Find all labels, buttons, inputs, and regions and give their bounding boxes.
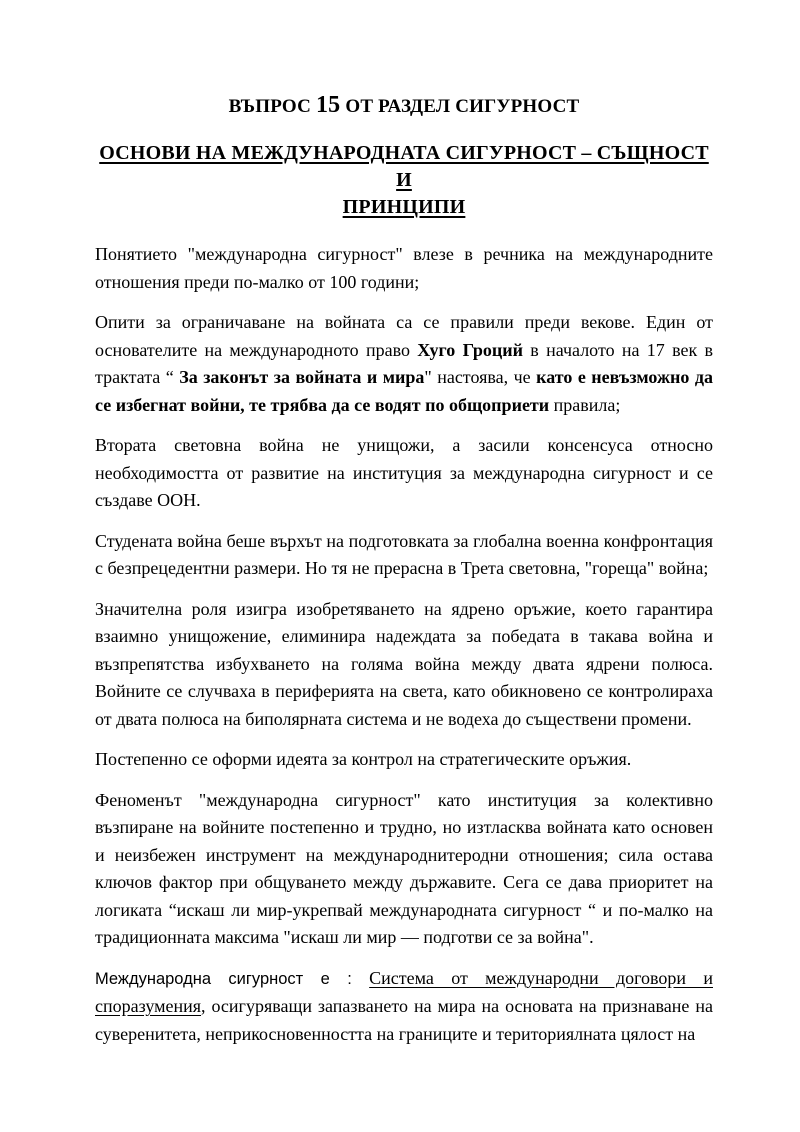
text-run: Втората световна война не унищожи, а зас… — [95, 435, 713, 510]
text-run: За законът за войната и мира — [179, 367, 424, 387]
document-subtitle: ОСНОВИ НА МЕЖДУНАРОДНАТА СИГУРНОСТ – СЪЩ… — [95, 140, 713, 221]
text-run: правила; — [549, 395, 620, 415]
text-run: Международна сигурност е : — [95, 970, 369, 988]
paragraph: Постепенно се оформи идеята за контрол н… — [95, 746, 713, 774]
text-run: Хуго Гроций — [417, 340, 523, 360]
document-body: Понятието "международна сигурност" влезе… — [95, 241, 713, 1048]
paragraph: Феноменът "международна сигурност" като … — [95, 787, 713, 952]
subtitle-line-1: ОСНОВИ НА МЕЖДУНАРОДНАТА СИГУРНОСТ – СЪЩ… — [95, 140, 713, 194]
paragraph: Студената война беше върхът на подготовк… — [95, 528, 713, 583]
paragraph: Понятието "международна сигурност" влезе… — [95, 241, 713, 296]
document-title: ВЪПРОС 15 ОТ РАЗДЕЛ СИГУРНОСТ — [95, 92, 713, 120]
text-run: Студената война беше върхът на подготовк… — [95, 531, 713, 579]
paragraph: Опити за ограничаване на войната са се п… — [95, 309, 713, 419]
subtitle-line-2: ПРИНЦИПИ — [95, 194, 713, 221]
text-run: Понятието "международна сигурност" влезе… — [95, 244, 713, 292]
title-text: ОТ РАЗДЕЛ СИГУРНОСТ — [340, 96, 579, 117]
text-run: Феноменът "международна сигурност" като … — [95, 790, 713, 948]
title-question-number: 15 — [316, 92, 340, 118]
title-text: ВЪПРОС — [229, 96, 316, 117]
paragraph: Втората световна война не унищожи, а зас… — [95, 432, 713, 515]
paragraph: Значителна роля изигра изобретяването на… — [95, 596, 713, 734]
text-run: Постепенно се оформи идеята за контрол н… — [95, 749, 631, 769]
text-run: " настоява, че — [424, 367, 536, 387]
paragraph: Международна сигурност е : Система от ме… — [95, 965, 713, 1049]
text-run: Значителна роля изигра изобретяването на… — [95, 599, 713, 729]
document-page: ВЪПРОС 15 ОТ РАЗДЕЛ СИГУРНОСТ ОСНОВИ НА … — [0, 0, 800, 1132]
